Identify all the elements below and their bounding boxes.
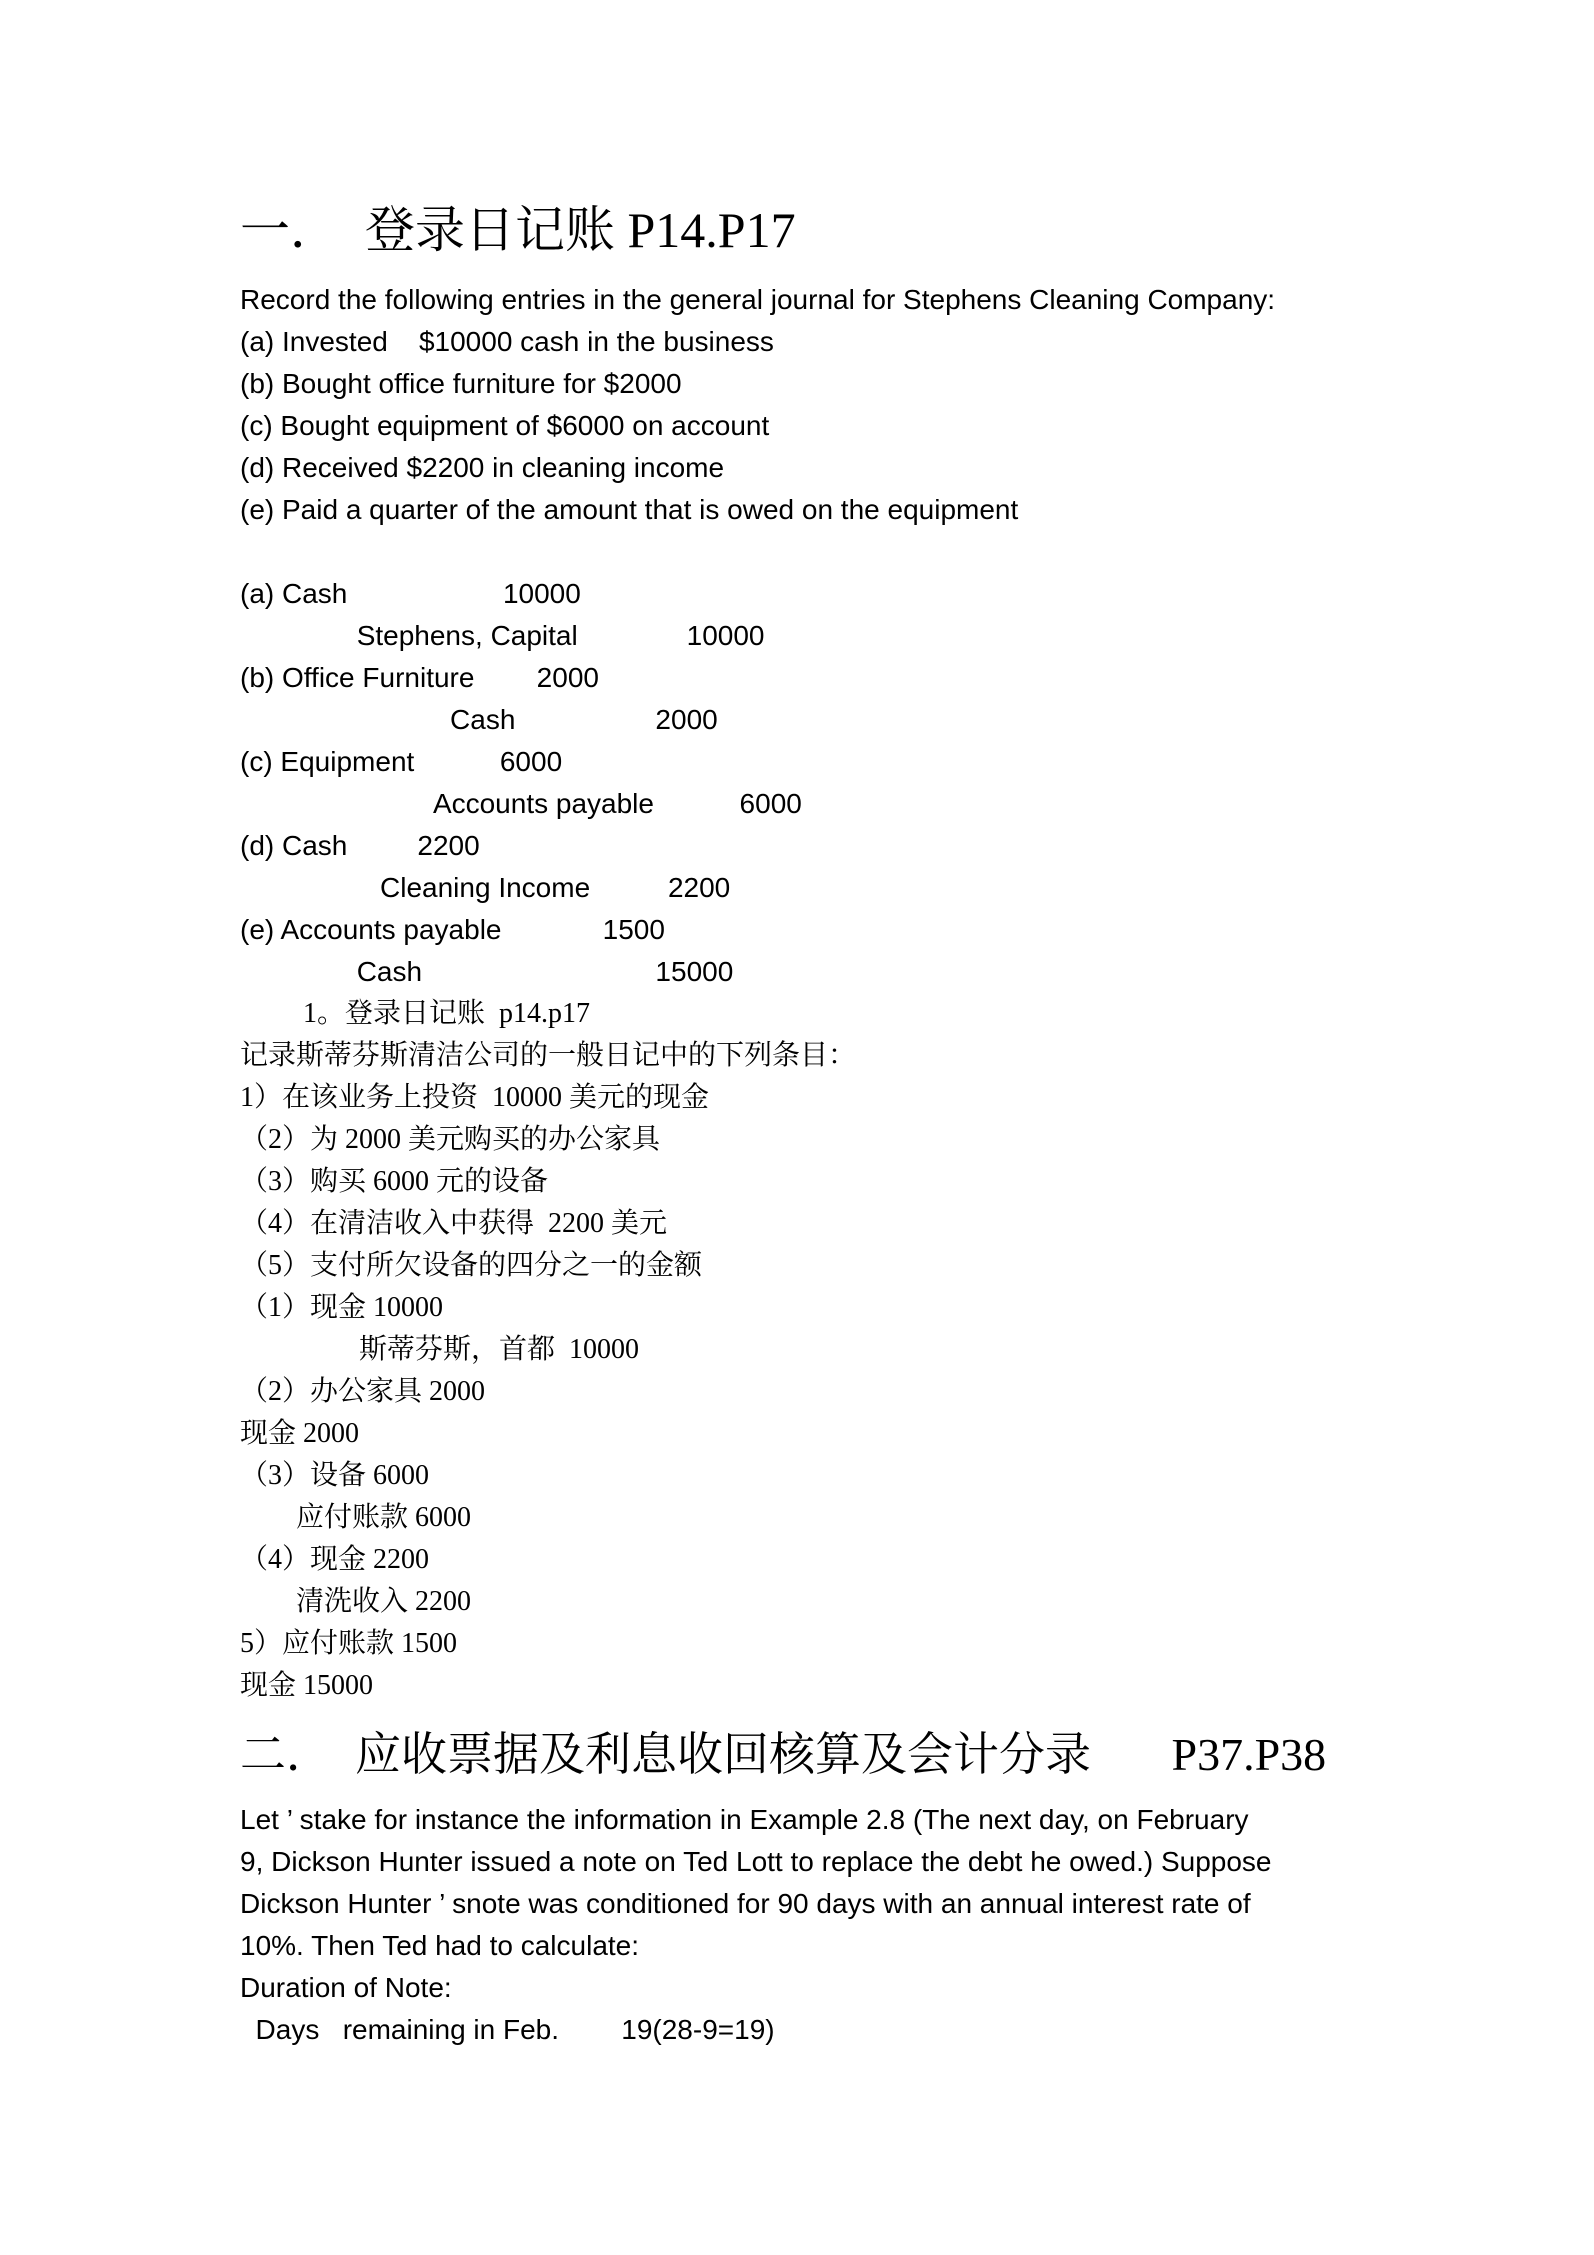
problem-item-d: (d) Received $2200 in cleaning income (240, 447, 1504, 489)
journal-entry-e-credit: Cash 15000 (240, 951, 1504, 993)
paragraph-line-1: Let ’ stake for instance the information… (240, 1799, 1504, 1841)
document-page: 一． 登录日记账 P14.P17 Record the following en… (0, 0, 1594, 2255)
section1-heading: 一． 登录日记账 P14.P17 (240, 195, 1504, 265)
chinese-problem-item-1: 1）在该业务上投资 10000 美元的现金 (240, 1077, 1504, 1119)
chinese-entry-3-credit: 应付账款 6000 (240, 1497, 1504, 1539)
chinese-entry-5-debit: 5）应付账款 1500 (240, 1623, 1504, 1665)
chinese-problem-item-5: （5）支付所欠设备的四分之一的金额 (240, 1245, 1504, 1287)
problem-item-a: (a) Invested $10000 cash in the business (240, 321, 1504, 363)
problem-item-b: (b) Bought office furniture for $2000 (240, 363, 1504, 405)
journal-entry-e-debit: (e) Accounts payable 1500 (240, 909, 1504, 951)
journal-entry-c-credit: Accounts payable 6000 (240, 783, 1504, 825)
paragraph-line-3: Dickson Hunter ’ snote was conditioned f… (240, 1883, 1504, 1925)
chinese-problem-item-3: （3）购买 6000 元的设备 (240, 1161, 1504, 1203)
journal-entry-b-debit: (b) Office Furniture 2000 (240, 657, 1504, 699)
chinese-entry-2-debit: （2）办公家具 2000 (240, 1371, 1504, 1413)
chinese-entry-5-credit: 现金 15000 (240, 1665, 1504, 1707)
blank-line (240, 531, 1504, 573)
journal-entry-d-debit: (d) Cash 2200 (240, 825, 1504, 867)
chinese-entry-3-debit: （3）设备 6000 (240, 1455, 1504, 1497)
journal-entry-b-credit: Cash 2000 (240, 699, 1504, 741)
chinese-problem-item-4: （4）在清洁收入中获得 2200 美元 (240, 1203, 1504, 1245)
chinese-entry-1-debit: （1）现金 10000 (240, 1287, 1504, 1329)
journal-entry-a-credit: Stephens, Capital 10000 (240, 615, 1504, 657)
journal-entry-d-credit: Cleaning Income 2200 (240, 867, 1504, 909)
paragraph-line-4: 10%. Then Ted had to calculate: (240, 1925, 1504, 1967)
journal-entry-a-debit: (a) Cash 10000 (240, 573, 1504, 615)
problem-item-c: (c) Bought equipment of $6000 on account (240, 405, 1504, 447)
chinese-entry-1-credit: 斯蒂芬斯，首都 10000 (240, 1329, 1504, 1371)
days-remaining-line: Days remaining in Feb. 19(28-9=19) (240, 2009, 1504, 2051)
journal-entry-c-debit: (c) Equipment 6000 (240, 741, 1504, 783)
problem-statement: Record the following entries in the gene… (240, 279, 1504, 321)
paragraph-line-2: 9, Dickson Hunter issued a note on Ted L… (240, 1841, 1504, 1883)
chinese-subheading: 1。登录日记账 p14.p17 (240, 993, 1504, 1035)
chinese-problem-item-2: （2）为 2000 美元购买的办公家具 (240, 1119, 1504, 1161)
chinese-entry-4-debit: （4）现金 2200 (240, 1539, 1504, 1581)
chinese-entry-4-credit: 清洗收入 2200 (240, 1581, 1504, 1623)
chinese-problem-statement: 记录斯蒂芬斯清洁公司的一般日记中的下列条目： (240, 1035, 1504, 1077)
chinese-entry-2-credit: 现金 2000 (240, 1413, 1504, 1455)
section2-heading: 二． 应收票据及利息收回核算及会计分录 P37.P38 (240, 1723, 1504, 1787)
duration-of-note-label: Duration of Note: (240, 1967, 1504, 2009)
problem-item-e: (e) Paid a quarter of the amount that is… (240, 489, 1504, 531)
